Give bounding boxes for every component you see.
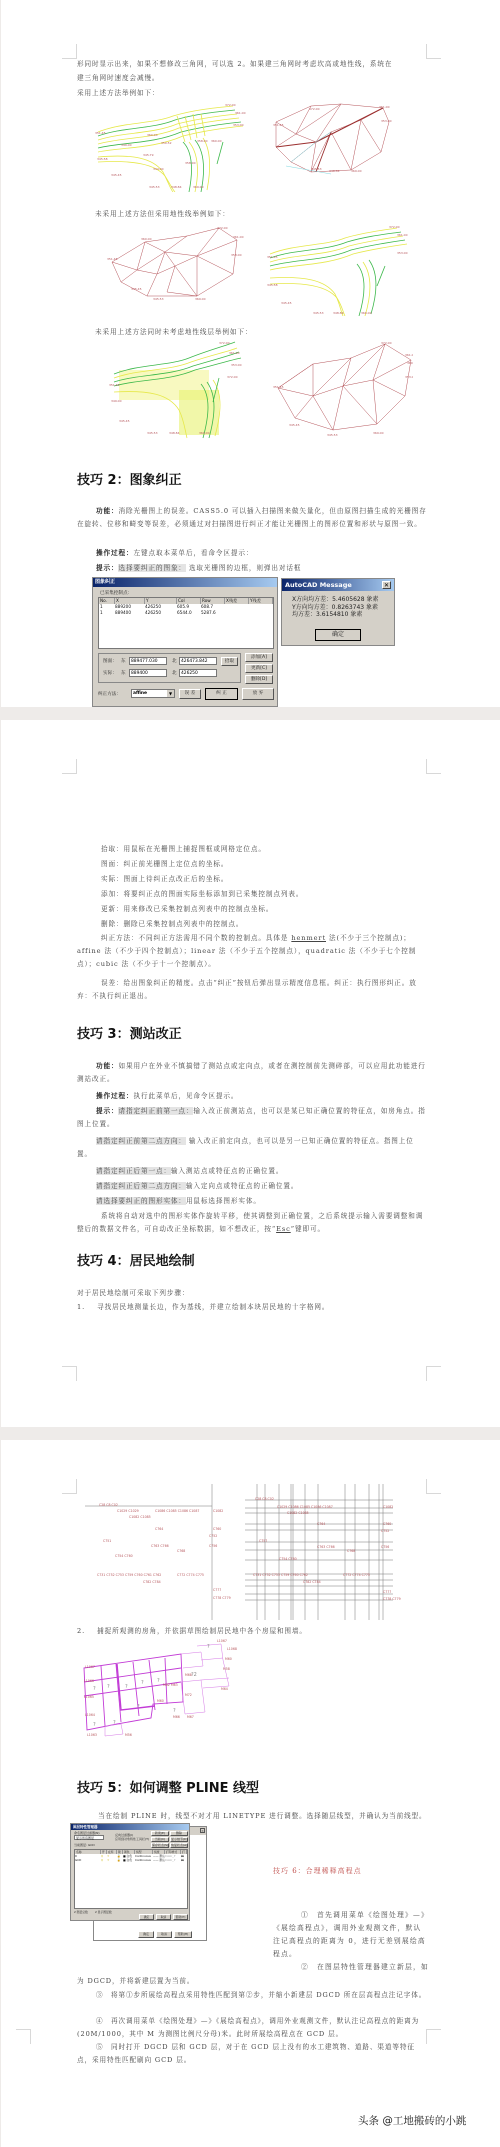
svg-text:C28 C8 C02: C28 C8 C02: [99, 1503, 118, 1507]
section-4-heading: 技巧 4：居民地绘制: [77, 1250, 195, 1269]
svg-text:353.00: 353.00: [231, 253, 242, 257]
def-label: 实际：: [101, 875, 123, 883]
s5-intro-text: 当在绘制 PLINE 时，线型不对才用 LINETYPE 进行调整。选择随层线型…: [98, 1810, 427, 1823]
svg-text:345.53: 345.53: [153, 297, 164, 301]
footer-help-button[interactable]: 帮助(H): [174, 1931, 192, 1938]
s3-system-paragraph: 系统将自动对选中的图形实体作旋转平移，使其调整到正确位置，之后系统提示输入需要调…: [77, 1210, 427, 1236]
def-text: 将要纠正点的图面实际坐标添加到已采集控制点列表。: [123, 890, 303, 898]
layer-list[interactable]: 名称 开 在所 锁 颜色 线型 线宽 打印样式 打 0 ♀ ☼ 🔓 ■ 白色 C…: [74, 1849, 188, 1909]
x-rmse-line: X方向均方差：5.4605628 象素: [292, 596, 394, 604]
svg-text:C757: C757: [259, 1539, 267, 1543]
svg-text:C752: C752: [209, 1534, 217, 1538]
svg-text:C764: C764: [317, 1522, 325, 1526]
svg-text:353.00: 353.00: [405, 375, 413, 379]
svg-text:M58: M58: [223, 1667, 230, 1671]
prompt-label: 提示：: [96, 1107, 118, 1115]
s2-function-label: 功能：: [96, 507, 118, 515]
def-label: 更新：: [101, 905, 123, 913]
cell-row: 5287.6: [201, 610, 225, 616]
ok-button[interactable]: 确定: [315, 629, 361, 641]
add-button[interactable]: 添加[A]: [245, 653, 273, 662]
figure-caption-1: 采用上述方法举例如下：: [77, 87, 159, 100]
s2-prompt-text: 选取光栅图的边框，则弹出对话框: [186, 564, 301, 572]
svg-text:361.00: 361.00: [233, 235, 244, 239]
correct-button[interactable]: 纠 正: [205, 688, 238, 700]
error-button[interactable]: 误 差: [179, 689, 201, 699]
tin-triangulation-figure: 372.00361.00360.00 353.00351.45345.45 34…: [273, 340, 413, 440]
tin-triangulation-figure: 361.00353.00351.45 372.00345.53348.84369…: [271, 102, 401, 192]
s3-operation-text: 执行此菜单后，见命令区提示。: [133, 1092, 238, 1100]
system-text: 系统将自动对选中的图形实体作旋转平移，使其调整到正确位置，之后系统提示输入需要调…: [77, 1212, 423, 1233]
east-label: 东: [121, 658, 126, 664]
svg-text:345.53: 345.53: [327, 433, 338, 437]
svg-text:C756: C756: [381, 1545, 389, 1549]
section-2-heading: 技巧 2：图象纠正: [77, 469, 182, 488]
dialog-title: AutoCAD Message ✕: [282, 579, 394, 591]
definition-actual: 实际：图面上待纠正点改正后的坐标。: [101, 873, 228, 886]
svg-text:358.00: 358.00: [185, 161, 196, 165]
error-paragraph: 误差：给出图象纠正的精度。点击“纠正”按钮后弹出显示精度信息框。纠正：执行图形纠…: [77, 977, 427, 1003]
s3-function-text: 如果用户在外业不慎搞错了测站点或定向点，或者在测控制前先测碎部，可以应用此功能进…: [77, 1062, 426, 1083]
svg-text:353.00: 353.00: [397, 251, 408, 255]
svg-text:M60: M60: [225, 1657, 232, 1661]
filter-select[interactable]: 显示所有图层: [74, 1835, 104, 1840]
svg-text:C760: C760: [383, 1522, 391, 1526]
figure-caption-2: 未采用上述方法但采用地性线举例如下：: [95, 208, 230, 221]
s2-function-paragraph: 功能：消除光栅图上的误差。CASS5.0 可以插入扫描图来做矢量化，但由原图扫描…: [77, 505, 427, 531]
document-page-3: C28 C8 C02C1029 C1029 C1086 C1085 C1086 …: [1, 1440, 500, 2147]
svg-text:345.45: 345.45: [111, 173, 122, 177]
s3-operation-line: 操作过程：执行此菜单后，见命令区提示。: [96, 1090, 238, 1103]
s2-operation-label: 操作过程：: [96, 549, 133, 557]
intro-line-2: 建三角网时速度会减慢。: [77, 72, 159, 85]
s3-function-paragraph: 功能：如果用户在外业不慎搞错了测站点或定向点，或者在测控制前先测碎部，可以应用此…: [77, 1060, 427, 1086]
watermark: 头条 @工地搬砖的小跳: [358, 2113, 466, 2128]
control-points-label: 已采集控制点：: [100, 590, 132, 596]
map-east-input[interactable]: 889477.030: [129, 657, 167, 665]
svg-text:?: ?: [107, 1684, 110, 1690]
step-number: 1.: [77, 1303, 85, 1311]
svg-text:C1082 C1085: C1082 C1085: [287, 1511, 309, 1515]
printer-icon[interactable]: 🖶: [181, 1858, 187, 1862]
cell-y: 426250: [145, 610, 177, 616]
svg-text:372.00: 372.00: [225, 103, 236, 107]
margin-corner: [426, 2029, 441, 2044]
svg-text:345.45: 345.45: [281, 301, 292, 305]
def-label: 拾取：: [101, 845, 123, 853]
svg-text:C777: C777: [383, 1590, 391, 1594]
contour-map-figure: 372.00361.00353.00 351.45345.58345.45 34…: [265, 226, 415, 316]
svg-text:M66: M66: [173, 1715, 180, 1719]
svg-text:C778 C779: C778 C779: [383, 1597, 401, 1601]
svg-text:C756: C756: [209, 1544, 217, 1548]
update-button[interactable]: 更新[C]: [245, 664, 273, 673]
cell-linetype[interactable]: Continuous: [135, 1858, 153, 1862]
svg-text:C777: C777: [213, 1588, 221, 1592]
method-label: 纠正方法：: [98, 691, 121, 697]
layer-properties-manager-dialog: 图层特性管理器 命名图层过滤器(N) 显示所有图层 反向过滤器(I) 应用到对象…: [70, 1823, 190, 1921]
cross-grid-figure: C28 C8 C02C1029 C1086 C1085 C1086 C1087 …: [243, 1484, 403, 1620]
method-value: affine: [133, 691, 147, 696]
intro-line-1: 形同时显示出来，如果不想修改三角网，可以选 2。如果建三角网时考虑坎高或地性线，…: [77, 58, 392, 71]
svg-text:353.00: 353.00: [381, 119, 392, 123]
svg-text:?: ?: [137, 1704, 140, 1710]
svg-text:L1067: L1067: [85, 1665, 95, 1669]
cell-name: GCD: [75, 1858, 101, 1862]
svg-text:351.45: 351.45: [107, 257, 118, 261]
svg-text:C772 C774 C775: C772 C774 C775: [343, 1573, 370, 1577]
delete-layer-button[interactable]: 删除: [170, 1831, 188, 1836]
svg-text:C731 C752 C753 C759 C760 C761: C731 C752 C753 C759 C760 C761 C762: [97, 1573, 161, 1577]
contour-map-figure: 372.00361.00353.00 351.45349.00360.00 34…: [93, 102, 253, 192]
svg-text:?: ?: [93, 1686, 96, 1692]
svg-text:360.00: 360.00: [147, 133, 158, 137]
henmert-link[interactable]: henmert: [291, 934, 326, 942]
svg-text:C28 C8 C02: C28 C8 C02: [255, 1497, 274, 1501]
current-layer-label: 当前图层: GCD: [74, 1843, 95, 1847]
tin-triangulation-figure: 372.00361.00353.00 351.45360.00345.45 34…: [107, 226, 247, 306]
s2-operation-line: 操作过程：左键点取本菜单后，看命令区提示：: [96, 547, 253, 560]
definition-update: 更新：用来修改已采集控制点列表中的控制点坐标。: [101, 903, 273, 916]
svg-text:348.84: 348.84: [329, 169, 340, 173]
svg-text:C1082 C1085: C1082 C1085: [129, 1515, 151, 1519]
svg-text:369.00: 369.00: [193, 185, 204, 189]
table-row[interactable]: GCD ♀ ☼ 🔓 ■ 白色 Continuous —— 默认 Color_7 …: [75, 1858, 187, 1862]
s2-function-text: 消除光栅图上的误差。CASS5.0 可以插入扫描图来做矢量化，但由原图扫描生成的…: [77, 507, 427, 528]
map-label: 图面：: [103, 658, 117, 664]
north-label: 北: [172, 658, 177, 664]
svg-text:353.00: 353.00: [231, 363, 242, 367]
svg-text:C772 C774 C775: C772 C774 C775: [177, 1573, 204, 1577]
definition-pick: 拾取：用鼠标在光栅图上捕捉图框或网格定位点。: [101, 843, 266, 856]
delete-button[interactable]: 删除[D]: [245, 675, 273, 684]
step-text: 捕捉所观测的房角，并依据草图绘制居民地中各个房屋和围墙。: [97, 1627, 307, 1635]
prompt-highlight: 请选择要纠正的图形实体：: [96, 1197, 186, 1205]
dialog-title: 图象纠正: [93, 578, 277, 587]
tip6-step-2-cont: 为 DGCD，并将新建层置为当前。: [77, 1975, 194, 1988]
svg-text:?: ?: [141, 1680, 144, 1686]
footer-cancel-button[interactable]: 取消: [156, 1931, 172, 1938]
s3-prompt-4: 请指定纠正后第二点方向：输入定向点或特征点的正确位置。: [96, 1180, 298, 1193]
document-page-2: 拾取：用鼠标在光栅图上捕捉图框或网格定位点。 图面：纠正前光栅图上定位点的坐标。…: [1, 720, 500, 1427]
tip6-step-1: ① 首先调用菜单《绘图处理》—》《展绘高程点》，调用外业观测文件，默认注记高程点…: [273, 1909, 427, 1961]
chevron-down-icon: ▼: [167, 690, 174, 697]
section-5-heading: 技巧 5：如何调整 PLINE 线型: [77, 1777, 259, 1796]
tip6-step-4: ④ 再次调用菜单《绘图处理》—》《展绘高程点》，调用外业观测文件，默认注记高程点…: [77, 2015, 427, 2041]
table-row[interactable]: 1 889400 426250 6544.0 5287.6: [99, 610, 273, 616]
actual-label: 实际：: [103, 670, 117, 676]
footer-ok-button[interactable]: 确定: [138, 1931, 154, 1938]
svg-text:345.53: 345.53: [311, 167, 322, 171]
cell-no: 1: [99, 610, 115, 616]
total-layers-status: 2 图层总数: [74, 1910, 88, 1914]
svg-text:345.53: 345.53: [313, 311, 324, 315]
svg-text:C1086 C1085 C1086 C1087: C1086 C1085 C1086 C1087: [155, 1509, 199, 1513]
svg-text:C782 C784: C782 C784: [303, 1580, 321, 1584]
svg-text:C763 C766: C763 C766: [317, 1545, 335, 1549]
s4-step-1: 1.寻找居民地测量长边，作为基线，并建立绘制本块居民地的十字格网。: [77, 1301, 329, 1314]
def-text: 用来修改已采集控制点列表中的控制点坐标。: [123, 905, 273, 913]
svg-text:361.00: 361.00: [405, 353, 413, 357]
svg-text:372.00: 372.00: [217, 226, 228, 230]
svg-text:C731 C752 C753 C759 C760 C762: C731 C752 C753 C759 C760 C762: [253, 1573, 308, 1577]
correction-method-paragraph: 纠正方法：不同纠正方法需用不同个数的控制点。具体是 henmert 法(不少于三…: [77, 932, 427, 971]
svg-text:351.45: 351.45: [109, 383, 120, 387]
sun-icon[interactable]: ☼: [107, 1858, 117, 1862]
svg-text:351.45: 351.45: [267, 255, 278, 259]
svg-text:348.84: 348.84: [333, 311, 344, 315]
margin-corner: [62, 44, 77, 59]
svg-text:C1029 C1086 C1085 C1086 C1087: C1029 C1086 C1085 C1086 C1087: [277, 1505, 333, 1509]
svg-text:L1065: L1065: [84, 1695, 94, 1699]
prompt-highlight: 请指定纠正前第二点方向：: [96, 1137, 186, 1145]
shown-layers-status: 2 显示图层数: [95, 1910, 112, 1914]
cancel-button[interactable]: 取消: [156, 1914, 171, 1920]
svg-text:372.00: 372.00: [381, 341, 392, 345]
abandon-button[interactable]: 放 弃: [242, 688, 274, 700]
svg-text:?2: ?2: [191, 1672, 197, 1678]
margin-corner: [426, 44, 441, 59]
svg-text:350.52: 350.52: [161, 141, 172, 145]
current-layer-button[interactable]: 当前(C): [151, 1837, 169, 1842]
svg-text:?: ?: [207, 1644, 210, 1650]
svg-text:369.00: 369.00: [361, 311, 372, 315]
svg-text:351.45: 351.45: [273, 385, 284, 389]
svg-text:360.00: 360.00: [141, 237, 152, 241]
svg-text:361.00: 361.00: [379, 105, 390, 109]
section-3-heading: 技巧 3：测站改正: [77, 1023, 182, 1042]
method-text: 纠正方法：不同纠正方法需用不同个数的控制点。具体是: [101, 934, 291, 942]
s2-prompt-highlight: 选择要纠正的图象：: [118, 564, 185, 572]
svg-text:M60: M60: [157, 1699, 164, 1703]
s3-prompt-3: 请指定纠正后第一点：输入测站点或特征点的正确位置。: [96, 1165, 283, 1178]
actual-north-input[interactable]: 426250: [179, 669, 217, 677]
svg-text:L1067: L1067: [217, 1639, 227, 1643]
svg-text:C768: C768: [177, 1549, 185, 1553]
svg-text:351.45: 351.45: [95, 131, 106, 135]
col-header: Y残差: [249, 598, 273, 604]
close-icon[interactable]: ✕: [200, 1828, 205, 1833]
svg-text:344.00: 344.00: [153, 167, 164, 171]
margin-corner: [426, 759, 441, 774]
prompt-text: 输入测站点或特征点的正确位置。: [171, 1167, 283, 1175]
svg-text:361.00: 361.00: [229, 351, 240, 355]
def-text: 图面上待纠正点改正后的坐标。: [123, 875, 228, 883]
tip6-step-2-start: ② 在图层特性管理器建立新层，如: [273, 1961, 427, 1974]
svg-text:C752: C752: [381, 1529, 389, 1533]
svg-text:M67: M67: [187, 1715, 194, 1719]
svg-text:361.00: 361.00: [397, 233, 408, 237]
svg-text:C754 C760: C754 C760: [279, 1557, 297, 1561]
restore-state-button[interactable]: 恢复状态(A): [170, 1843, 188, 1848]
svg-text:C778 C779: C778 C779: [213, 1596, 231, 1600]
svg-text:353.00: 353.00: [233, 123, 244, 127]
def-label: 图面：: [101, 860, 123, 868]
svg-text:C768: C768: [347, 1549, 355, 1553]
svg-text:345.45: 345.45: [119, 419, 130, 423]
s3-prompt-5: 请选择要纠正的图形实体：用鼠标选择图形实体。: [96, 1195, 261, 1208]
svg-text:369.00: 369.00: [195, 297, 206, 301]
svg-text:369.00: 369.00: [351, 169, 362, 173]
svg-text:351.45: 351.45: [273, 123, 284, 127]
coordinates-group: [98, 653, 241, 683]
svg-text:345.45: 345.45: [289, 423, 300, 427]
document-page-1: 形同时显示出来，如果不想修改三角网，可以选 2。如果建三角网时考虑坎高或地性线，…: [1, 0, 500, 707]
step-text: 寻找居民地测量长边，作为基线，并建立绘制本块居民地的十字格网。: [97, 1303, 329, 1311]
svg-text:C760: C760: [213, 1527, 221, 1531]
dialog-title: 图层特性管理器: [71, 1824, 189, 1830]
svg-text:C751: C751: [103, 1539, 111, 1543]
svg-text:360.00: 360.00: [407, 361, 413, 365]
svg-text:M56: M56: [125, 1733, 132, 1737]
rmse-line: 均方差：3.6154810 象素: [292, 611, 394, 619]
svg-text:?: ?: [125, 1684, 128, 1690]
svg-text:L1068: L1068: [227, 1647, 237, 1651]
house-plan-figure: L1067L1068M60 M58M64L1067 L1066L1065L106…: [81, 1638, 251, 1738]
svg-text:C754 C760: C754 C760: [115, 1554, 133, 1558]
north-label: 北: [172, 670, 177, 676]
svg-text:?: ?: [173, 1708, 176, 1714]
margin-corner: [62, 759, 77, 774]
col-header: X残差: [225, 598, 249, 604]
def-text: 纠正前光栅图上定位点的坐标。: [123, 860, 228, 868]
svg-text:345.58: 345.58: [267, 283, 278, 287]
svg-text:L1063: L1063: [87, 1733, 97, 1737]
svg-text:348.84: 348.84: [171, 185, 182, 189]
s2-operation-text: 左键点取本菜单后，看命令区提示：: [133, 549, 253, 557]
apply-toolbar-checkbox[interactable]: 应用到对象特性工具栏(T): [115, 1837, 149, 1841]
y-rmse-line: Y方向均方差：0.8263743 象素: [292, 604, 394, 612]
svg-text:C1082: C1082: [213, 1509, 223, 1513]
s3-function-label: 功能：: [96, 1062, 118, 1070]
system-text-end: ”键即可。: [291, 1225, 325, 1233]
def-label: 添加：: [101, 890, 123, 898]
s3-prompt-1: 提示：请指定纠正前第一点：输入改正前测站点，也可以是某已知正确位置的特征点，如房…: [77, 1105, 427, 1131]
svg-text:?: ?: [157, 1678, 160, 1684]
show-details-button[interactable]: 显示细节(D): [170, 1837, 188, 1842]
svg-text:358.00: 358.00: [197, 139, 208, 143]
esc-link[interactable]: Esc: [276, 1225, 291, 1233]
s3-prompt-2: 请指定纠正前第二点方向： 输入改正前定向点，也可以是另一已知正确位置的特征点。指…: [77, 1135, 427, 1161]
figure-caption-3: 未采用上述方法同时未考虑地性线层举例如下：: [95, 326, 252, 339]
contour-map-figure: 372.00361.00353.00 372.00351.45349.00 34…: [109, 340, 249, 440]
cell-col: 6544.0: [177, 610, 201, 616]
close-icon[interactable]: ✕: [382, 581, 391, 589]
margin-corner: [62, 1479, 77, 1494]
svg-text:360.00: 360.00: [211, 139, 222, 143]
svg-text:372.00: 372.00: [219, 341, 230, 345]
svg-text:C1082: C1082: [383, 1505, 393, 1509]
svg-text:L1064: L1064: [85, 1713, 95, 1717]
svg-text:349.00: 349.00: [121, 143, 132, 147]
save-state-button[interactable]: 保存状态(S): [151, 1843, 169, 1848]
svg-text:C763 C766: C763 C766: [151, 1544, 169, 1548]
prompt-highlight: 请指定纠正前第一点：: [118, 1107, 193, 1115]
autocad-message-dialog: AutoCAD Message ✕ X方向均方差：5.4605628 象素 Y方…: [281, 578, 395, 646]
svg-text:C764: C764: [155, 1527, 163, 1531]
cell-lineweight[interactable]: —— 默认: [153, 1858, 165, 1862]
ok-button[interactable]: 确定: [139, 1914, 154, 1920]
prompt-text: 用鼠标选择图形实体。: [186, 1197, 261, 1205]
prompt-highlight: 请指定纠正后第二点方向：: [96, 1182, 186, 1190]
s3-operation-label: 操作过程：: [96, 1092, 133, 1100]
new-layer-button[interactable]: 新建(E): [151, 1831, 169, 1836]
prompt-highlight: 请指定纠正后第一点：: [96, 1167, 171, 1175]
margin-corner: [16, 2029, 31, 2044]
image-correction-dialog: 图象纠正 已采集控制点： No. X Y Col Row X残差 Y残差 1 8…: [92, 577, 278, 707]
svg-text:349.00: 349.00: [111, 399, 122, 403]
pick-button[interactable]: 拾取: [221, 657, 238, 666]
svg-text:345.58: 345.58: [97, 157, 108, 161]
svg-text:345.53: 345.53: [147, 431, 158, 435]
east-label: 东: [121, 670, 126, 676]
margin-corner: [426, 1479, 441, 1494]
svg-text:372.00: 372.00: [227, 375, 238, 379]
svg-text:369.00: 369.00: [373, 431, 384, 435]
svg-text:372.00: 372.00: [389, 226, 400, 229]
svg-text:369.00: 369.00: [199, 431, 210, 435]
message-title-text: AutoCAD Message: [285, 581, 352, 589]
prompt-text: 输入定向点或特征点的正确位置。: [186, 1182, 298, 1190]
control-points-table[interactable]: No. X Y Col Row X残差 Y残差 1 889200 426250 …: [98, 597, 274, 649]
svg-text:?: ?: [113, 1720, 116, 1726]
help-button[interactable]: 帮助(H): [173, 1914, 188, 1920]
svg-text:361.00: 361.00: [235, 111, 246, 115]
cell-plotstyle: Color_7: [165, 1858, 181, 1862]
margin-corner: [62, 1366, 77, 1381]
svg-text:345.79: 345.79: [143, 153, 154, 157]
method-select[interactable]: affine ▼: [131, 689, 175, 698]
svg-text:L1066: L1066: [84, 1679, 94, 1683]
tip6-step-5: ⑤ 同时打开 DGCD 层和 GCD 层，对于在 GCD 层上没有的水工建筑物、…: [77, 2041, 427, 2067]
map-north-input[interactable]: 426473.842: [179, 657, 217, 665]
cell-x: 889400: [115, 610, 145, 616]
svg-text:?: ?: [93, 1722, 96, 1728]
svg-text:348.84: 348.84: [169, 431, 180, 435]
definition-delete: 删除：删除已采集控制点列表中的控制点。: [101, 918, 243, 931]
survey-points-figure: C28 C8 C02C1029 C1029 C1086 C1085 C1086 …: [85, 1484, 235, 1620]
svg-text:M64: M64: [221, 1687, 228, 1691]
def-label: 删除：: [101, 920, 123, 928]
svg-text:C782 C784: C782 C784: [143, 1580, 161, 1584]
margin-corner: [426, 1366, 441, 1381]
s4-intro: 对于居民地绘制可采取下列步骤：: [77, 1287, 189, 1300]
s2-prompt-label: 提示：: [96, 564, 118, 572]
svg-text:C1029 C1029: C1029 C1029: [117, 1509, 139, 1513]
svg-text:372.00: 372.00: [309, 107, 320, 111]
s2-prompt-line: 提示：选择要纠正的图象： 选取光栅图的边框，则弹出对话框: [96, 562, 301, 575]
cell-color[interactable]: ■ 白色: [123, 1858, 135, 1862]
step-number: 2.: [77, 1627, 85, 1635]
actual-east-input[interactable]: 889400: [129, 669, 167, 677]
definition-map: 图面：纠正前光栅图上定位点的坐标。: [101, 858, 228, 871]
tip-6-heading: 技巧 6：合理稀释高程点: [273, 1866, 362, 1876]
def-text: 删除已采集控制点列表中的控制点。: [123, 920, 243, 928]
def-text: 用鼠标在光栅图上捕捉图框或网格定位点。: [123, 845, 265, 853]
svg-text:M62 M63: M62 M63: [163, 1683, 178, 1687]
svg-text:345.53: 345.53: [149, 185, 160, 189]
message-body: X方向均方差：5.4605628 象素 Y方向均方差：0.8263743 象素 …: [282, 591, 394, 619]
svg-text:M72: M72: [185, 1693, 192, 1697]
svg-text:345.45: 345.45: [131, 287, 142, 291]
tip6-step-3: ③ 将第①步所展绘高程点采用特性匹配到第②步，并缩小新建层 DGCD 所在层高程…: [77, 1989, 427, 2002]
definition-add: 添加：将要纠正点的图面实际坐标添加到已采集控制点列表。: [101, 888, 303, 901]
s4-step-2: 2.捕捉所观测的房角，并依据草图绘制居民地中各个房屋和围墙。: [77, 1625, 307, 1638]
